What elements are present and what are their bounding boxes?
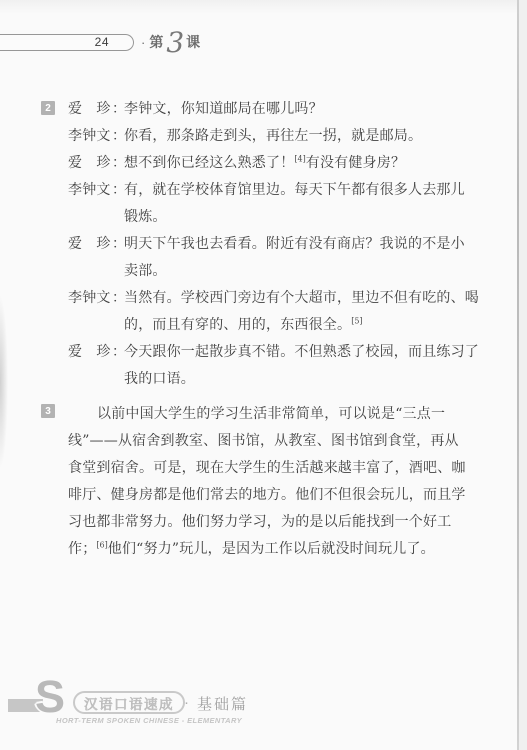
dialogue-line: 想不到你已经这么熟悉了！[4]有没有健身房？	[124, 150, 468, 177]
footnote-ref-6: [6]	[96, 540, 107, 549]
dialogue-line: 有，就在学校体育馆里边。每天下午都有很多人去那儿	[124, 177, 468, 204]
lesson-prefix: 第	[149, 32, 164, 52]
speaker-name: 爱 珍	[68, 339, 112, 366]
dialogue-text: 明天下午我也去看看。附近有没有商店？我说的不是小 卖部。	[124, 231, 468, 285]
speaker-name: 李钟文	[68, 123, 112, 150]
series-title-pill: 汉语口语速成	[73, 691, 185, 714]
passage-section: 以前中国大学生的学习生活非常简单，可以说是“三点一 线”——从宿舍到教室、图书馆…	[68, 401, 468, 563]
dialogue-line: 的，而且有穿的、用的，东西很全。[5]	[124, 312, 479, 339]
dialogue-line: 我的口语。	[124, 366, 479, 393]
publisher-logo: S 汉语口语速成 · 基础篇 HORT-TERM SPOKEN CHINESE …	[0, 680, 300, 732]
page-top-shadow	[0, 0, 519, 14]
passage-line: 啡厅、健身房都是他们常去的地方。他们不但很会玩儿，而且学	[68, 482, 468, 509]
dialogue-entry: 李钟文 ： 你看，那条路走到头，再往左一拐，就是邮局。	[68, 123, 468, 150]
dialogue-text: 李钟文，你知道邮局在哪儿吗？	[124, 96, 468, 123]
passage-line: 习也都非常努力。他们努力学习，为的是以后能找到一个好工	[68, 509, 468, 536]
speaker-name: 爱 珍	[68, 96, 112, 123]
dialogue-text: 想不到你已经这么熟悉了！[4]有没有健身房？	[124, 150, 468, 177]
footnote-ref-4: [4]	[294, 154, 305, 163]
speaker-colon: ：	[112, 96, 124, 123]
dialogue-line: 今天跟你一起散步真不错。不但熟悉了校园，而且练习了	[124, 339, 479, 366]
lesson-suffix: 课	[186, 32, 201, 52]
dialogue-entry: 爱 珍 ： 李钟文，你知道邮局在哪儿吗？	[68, 96, 468, 123]
section-3-badge: 3	[41, 404, 55, 418]
lesson-number: 3	[166, 29, 184, 57]
dialogue-line-part: 的，而且有穿的、用的，东西很全。	[124, 317, 351, 333]
footer-separator-dot: ·	[184, 694, 189, 711]
speaker-name: 李钟文	[68, 177, 112, 204]
page-header: 24 · 第 3 课	[0, 27, 201, 57]
dialogue-line-part: 想不到你已经这么熟悉了！	[124, 155, 294, 171]
speaker-colon: ：	[112, 177, 124, 204]
textbook-page: 24 · 第 3 课 2 爱 珍 ： 李钟文，你知道邮局在哪儿吗？ 李钟文 ： …	[0, 0, 527, 750]
page-left-edge-shadow	[0, 262, 16, 502]
dialogue-line: 锻炼。	[124, 204, 468, 231]
dialogue-text: 今天跟你一起散步真不错。不但熟悉了校园，而且练习了 我的口语。	[124, 339, 479, 393]
speaker-colon: ：	[112, 285, 124, 312]
speaker-colon: ：	[112, 150, 124, 177]
speaker-name: 李钟文	[68, 285, 112, 312]
passage-line: 作；[6]他们“努力”玩儿，是因为工作以后就没时间玩儿了。	[68, 536, 468, 563]
page-right-edge-line	[517, 0, 519, 750]
speaker-colon: ：	[112, 123, 124, 150]
passage-line: 食堂到宿舍。可是，现在大学生的生活越来越丰富了，酒吧、咖	[68, 455, 468, 482]
speaker-name: 爱 珍	[68, 150, 112, 177]
dialogue-entry: 爱 珍 ： 明天下午我也去看看。附近有没有商店？我说的不是小 卖部。	[68, 231, 468, 285]
page-right-margin	[519, 0, 527, 750]
dialogue-text: 你看，那条路走到头，再往左一拐，就是邮局。	[124, 123, 468, 150]
dialogue-section: 爱 珍 ： 李钟文，你知道邮局在哪儿吗？ 李钟文 ： 你看，那条路走到头，再往左…	[68, 96, 468, 393]
dialogue-line: 卖部。	[124, 258, 468, 285]
speaker-colon: ：	[112, 231, 124, 258]
dialogue-line: 你看，那条路走到头，再往左一拐，就是邮局。	[124, 123, 468, 150]
series-title: 汉语口语速成	[84, 693, 174, 713]
dialogue-entry: 爱 珍 ： 想不到你已经这么熟悉了！[4]有没有健身房？	[68, 150, 468, 177]
passage-line-part: 他们“努力”玩儿，是因为工作以后就没时间玩儿了。	[108, 541, 435, 557]
dialogue-line: 当然有。学校西门旁边有个大超市，里边不但有吃的、喝	[124, 285, 479, 312]
dialogue-line: 明天下午我也去看看。附近有没有商店？我说的不是小	[124, 231, 468, 258]
page-number: 24	[95, 35, 109, 49]
dialogue-text: 有，就在学校体育馆里边。每天下午都有很多人去那儿 锻炼。	[124, 177, 468, 231]
dialogue-text: 当然有。学校西门旁边有个大超市，里边不但有吃的、喝 的，而且有穿的、用的，东西很…	[124, 285, 479, 339]
speaker-colon: ：	[112, 339, 124, 366]
section-2-badge: 2	[41, 101, 55, 115]
dialogue-line: 李钟文，你知道邮局在哪儿吗？	[124, 96, 468, 123]
logo-s-letter: S	[35, 672, 65, 722]
passage-line: 线”——从宿舍到教室、图书馆，从教室、图书馆到食堂，再从	[68, 428, 468, 455]
dialogue-entry: 爱 珍 ： 今天跟你一起散步真不错。不但熟悉了校园，而且练习了 我的口语。	[68, 339, 468, 393]
speaker-name: 爱 珍	[68, 231, 112, 258]
page-number-pill: 24	[0, 34, 134, 51]
dialogue-entry: 李钟文 ： 当然有。学校西门旁边有个大超市，里边不但有吃的、喝 的，而且有穿的、…	[68, 285, 468, 339]
dialogue-line-part: 有没有健身房？	[306, 155, 405, 171]
header-separator-dot: ·	[141, 35, 145, 50]
volume-label: 基础篇	[197, 693, 248, 714]
footnote-ref-5: [5]	[351, 316, 362, 325]
dialogue-entry: 李钟文 ： 有，就在学校体育馆里边。每天下午都有很多人去那儿 锻炼。	[68, 177, 468, 231]
passage-line-part: 作；	[68, 541, 96, 557]
series-tagline-english: HORT-TERM SPOKEN CHINESE - ELEMENTARY	[56, 716, 242, 725]
passage-line: 以前中国大学生的学习生活非常简单，可以说是“三点一	[68, 401, 468, 428]
